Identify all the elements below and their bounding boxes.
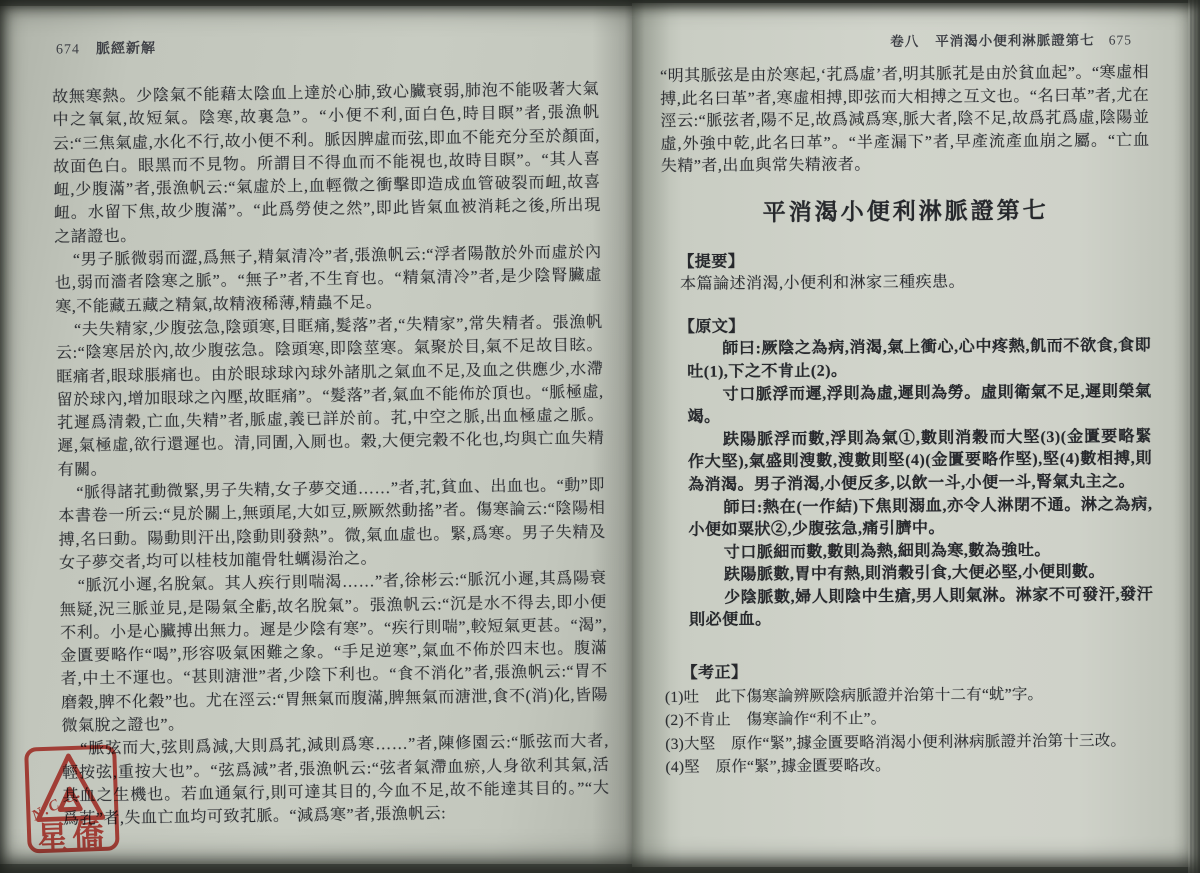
text-paragraph: “脈得諸芤動微緊,男子失精,女子夢交通……”者,芤,貧血、出血也。“動”即本書卷… [58,474,606,575]
text-block: 師曰:厥陰之為病,消渴,氣上衝心,心中疼熱,飢而不欲食,食即吐(1),下之不肯止… [687,335,1152,384]
text-block: 寸口脈浮而遲,浮則為虛,遲則為勞。虛則衛氣不足,遲則榮氣竭。 [687,381,1152,430]
right-page-text: “明其脈弦是由於寒起,‘芤爲虛’者,明其脈芤是由於貧血起”。“寒虛相搏,此名曰革… [660,62,1155,779]
left-running-header: 674脈經新解 [56,37,156,58]
right-section-label: 平消渴小便利淋脈證第七 [935,33,1095,49]
text-paragraph: “脈弦而大,弦則爲減,大則爲芤,減則爲寒……”者,陳修園云:“脈弦而大者,輕按弦… [62,730,610,831]
text-block: (3)大堅 原作“緊”,據金匱要略消渴小便利淋病脈證并治第十三改。 [665,729,1154,756]
watermark-stamp: N.C.C. 星僑 [20,730,125,873]
text-paragraph: “男子脈微弱而澀,爲無子,精氣清冷”者,張漁帆云:“浮者陽散於外而虛於內也,弱而… [54,241,602,319]
text-block: (4)堅 原作“緊”,據金匱要略改。 [665,752,1154,779]
page-edge-stack [1188,0,1200,873]
stamp-name-text: 星僑 [35,811,109,859]
text-block: 平消渴小便利淋脈證第七 [661,199,1150,225]
text-paragraph: 故無寒熱。少陰氣不能藉太陰血上達於心肺,致心臟衰弱,肺泡不能吸著大氣中之氧氣,故… [52,78,601,249]
text-block: 本篇論述消渴,小便利和淋家三種疾患。 [662,270,1151,296]
text-paragraph: “脈沉小遲,名脫氣。其人疾行則喘渴……”者,徐彬云:“脈沉小遲,其爲陽衰無疑,況… [59,567,608,738]
left-page-text: 故無寒熱。少陰氣不能藉太陰血上達於心肺,致心臟衰弱,肺泡不能吸著大氣中之氧氣,故… [52,78,610,832]
text-paragraph: “夫失精家,少腹弦急,陰頭寒,目眶痛,髮落”者,“失精家”,常失精者。張漁帆云:… [55,311,604,482]
right-page-number: 675 [1109,32,1132,47]
right-running-header: 卷八平消渴小便利淋脈證第七675 [660,28,1132,51]
left-page-number: 674 [56,42,80,57]
text-block: 趺陽脈浮而數,浮則為氣①,數則消穀而大堅(3)(金匱要略緊作大堅),氣盛則溲數,… [688,426,1153,497]
text-block: “明其脈弦是由於寒起,‘芤爲虛’者,明其脈芤是由於貧血起”。“寒虛相搏,此名曰革… [660,62,1150,179]
stamp-border: N.C.C. 星僑 [24,744,120,853]
book-photo: 674脈經新解 卷八平消渴小便利淋脈證第七675 故無寒熱。少陰氣不能藉太陰血上… [0,0,1200,873]
text-block: 師曰:熱在(一作結)下焦則溺血,亦令人淋閉不通。淋之為病,小便如粟狀②,少腹弦急… [688,494,1153,543]
text-block: 少陰脈數,婦人則陰中生瘡,男人則氣淋。淋家不可發汗,發汗則必便血。 [689,584,1154,633]
right-chapter-label: 卷八 [890,34,919,49]
left-book-title: 脈經新解 [96,41,156,57]
